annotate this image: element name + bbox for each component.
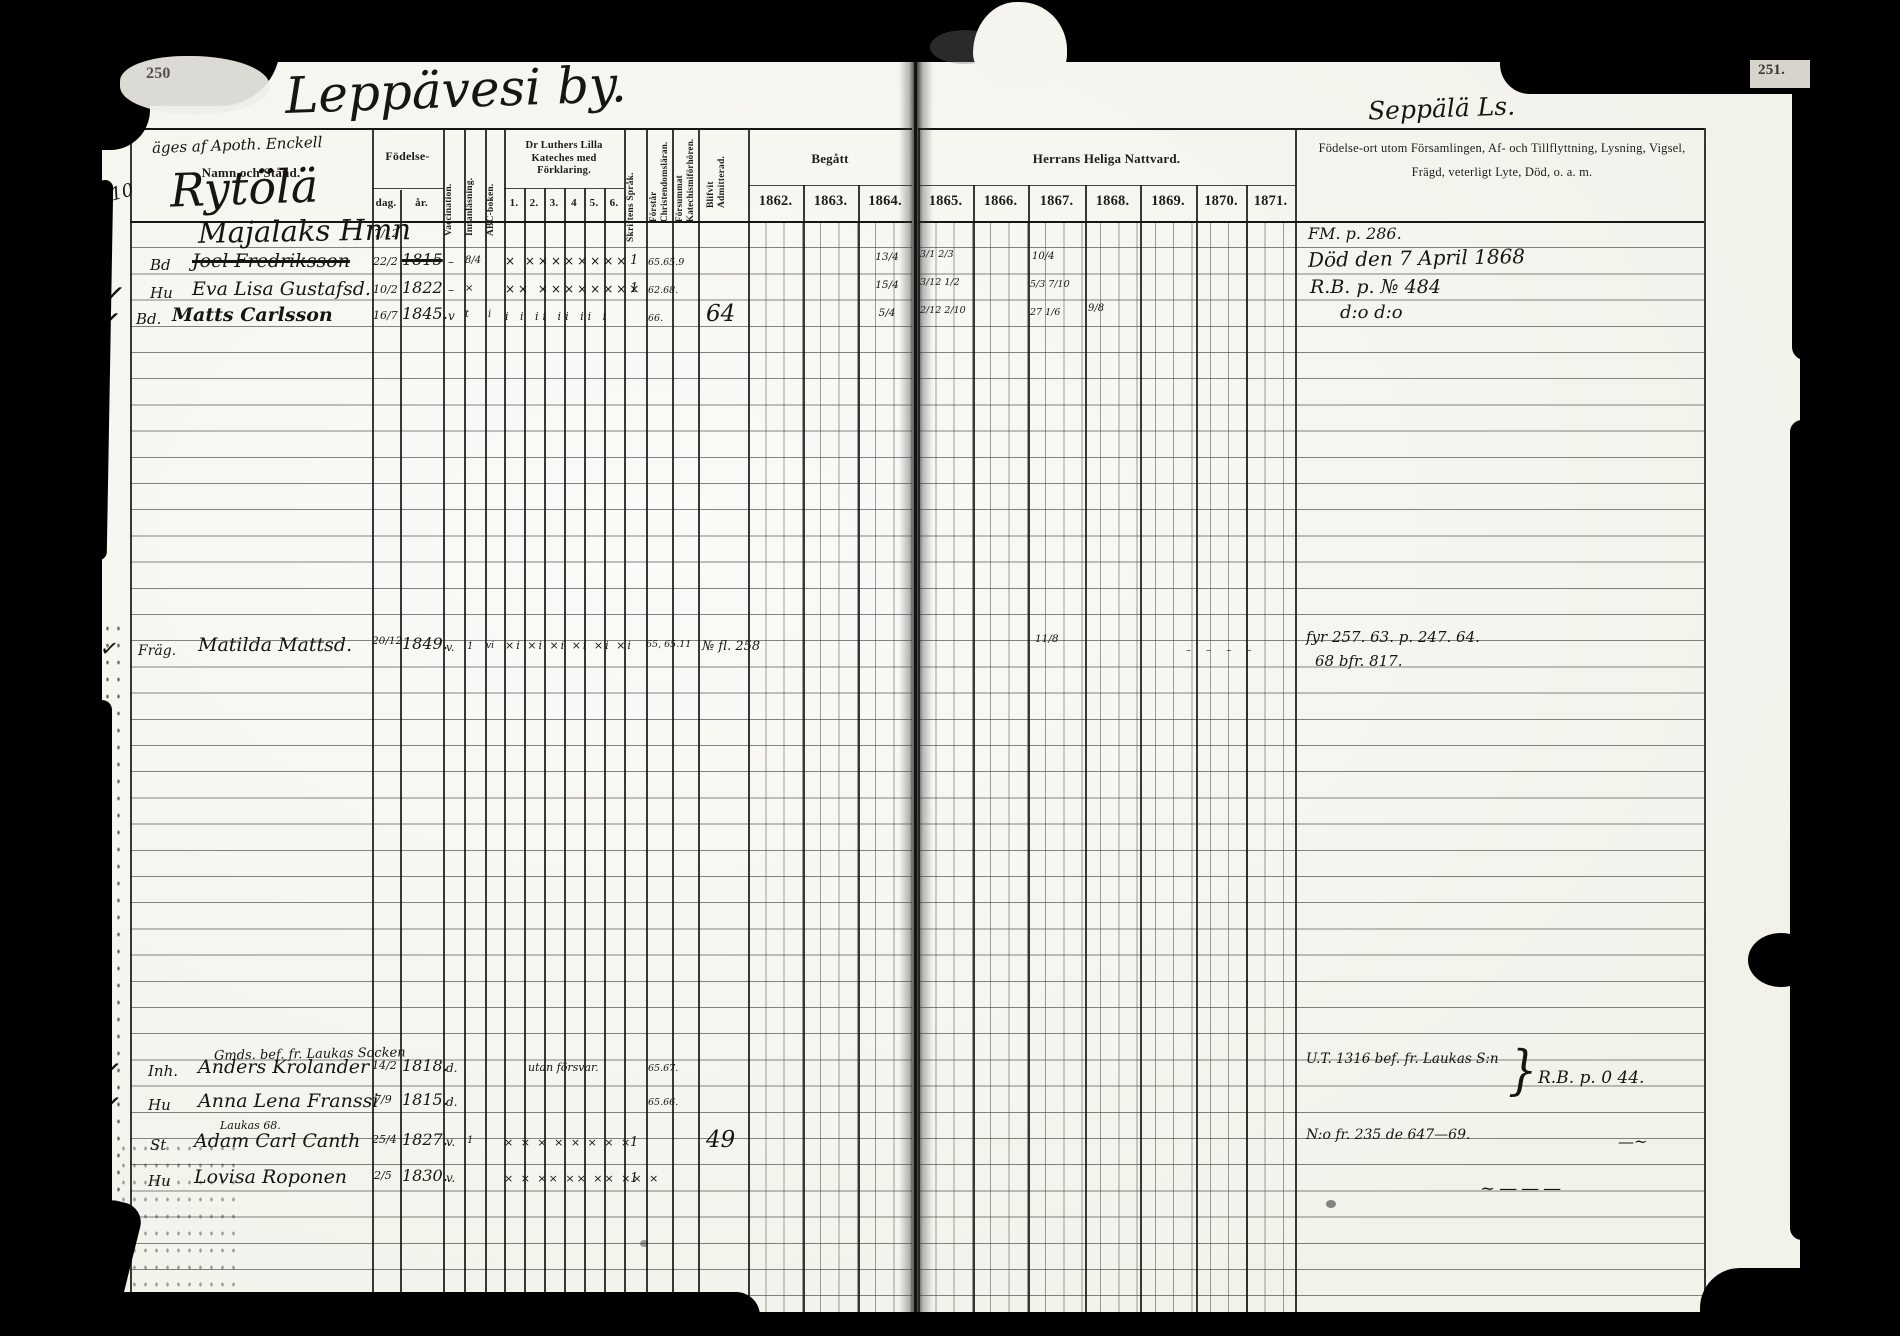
remark: N:o fr. 235 de 647—69.	[1306, 1128, 1470, 1143]
remark: fyr 257. 63. p. 247. 64.	[1306, 630, 1480, 646]
remark: R.B. p. № 484	[1310, 278, 1441, 298]
rule	[918, 185, 1295, 186]
birth-year: 1815.	[402, 1092, 448, 1109]
birth-year: 1830.	[402, 1168, 448, 1185]
entry-name: Anna Lena Franssi	[198, 1092, 378, 1112]
understands-note: 66.	[648, 314, 663, 324]
col-header-birth: Födelse-	[372, 150, 443, 163]
birth-day: 25/4	[372, 1134, 397, 1146]
reading-mark: t	[465, 310, 469, 321]
birth-day: 22/2	[373, 256, 398, 268]
reading-mark: 8/4	[465, 256, 481, 267]
understands-note: 65.67.	[648, 1064, 678, 1074]
year-label: 1871.	[1246, 194, 1295, 209]
scan-border-right-ragged2	[1790, 420, 1814, 1240]
col-header-understands: Förstår Christendomsläran.	[648, 132, 671, 222]
year-label: 1869.	[1140, 194, 1196, 209]
catechism-col-3: 3.	[544, 198, 564, 210]
col-header-vaccination: Vaccination.	[445, 132, 463, 236]
col-header-scripture: Skriftens Språk.	[627, 132, 645, 242]
rule	[1140, 185, 1142, 1315]
rule	[1295, 128, 1297, 1315]
col-header-nattvard: Herrans Heliga Nattvard.	[918, 152, 1295, 166]
remarks-header-line1: Födelse-ort utom Församlingen, Af- och T…	[1304, 142, 1700, 155]
reading-mark: 1	[467, 642, 473, 653]
rule	[973, 185, 975, 1315]
catechism-marks: i i ii ii ii i	[505, 311, 610, 323]
rule	[698, 128, 700, 1315]
reading-mark: 1	[467, 1136, 473, 1147]
understands-note: 65.65.9	[648, 258, 684, 268]
admitted-year: 49	[706, 1128, 735, 1152]
entry-prefix: Bd	[150, 258, 171, 274]
corner-speckle	[118, 1140, 238, 1290]
catechism-col-1: 1.	[504, 198, 524, 210]
col-header-abc: ABC-boken.	[487, 132, 503, 236]
rule	[1196, 185, 1198, 1315]
understands-note: 65.66.	[648, 1098, 678, 1108]
year-label: 1868.	[1085, 194, 1140, 209]
entry-name: Joel Fredriksson	[192, 252, 350, 272]
understands-note: 65, 65.11	[646, 640, 691, 650]
vaccination-mark: d.	[446, 1096, 458, 1109]
communion-mark: 10/4	[1032, 252, 1054, 263]
rule	[1246, 185, 1248, 1315]
communion-mark: 9/8	[1088, 304, 1104, 315]
rule	[372, 188, 443, 189]
right-page-title: Seppälä Ls.	[1368, 93, 1516, 124]
birth-year: 1827.	[402, 1132, 448, 1149]
right-page-number: 251.	[1758, 63, 1785, 79]
birth-day: 14/2	[372, 1060, 397, 1072]
entry-prefix: Hu	[148, 1098, 171, 1114]
speck	[1326, 1200, 1336, 1208]
rule	[485, 128, 487, 1315]
entry-prefix: Hu	[150, 286, 173, 302]
rule	[1028, 185, 1030, 1315]
year-label: 1862.	[748, 194, 803, 209]
catechism-marks: × × × × × × × ×	[504, 1137, 632, 1149]
col-header-birth-year: år.	[400, 198, 443, 210]
entry-name: Matilda Mattsd.	[198, 636, 352, 656]
remark: 68 bfr. 817.	[1315, 654, 1402, 670]
entry-prefix: Inh.	[148, 1064, 178, 1080]
scripture-mark: 1	[630, 1136, 638, 1150]
book-fold-line	[914, 56, 917, 1318]
catechism-col-5: 5.	[584, 198, 604, 210]
reading-mark: ×	[465, 284, 473, 295]
vaccination-mark: v.	[446, 642, 454, 654]
reference-note: № fl. 258	[702, 640, 760, 654]
catechism-marks: ×× ××××××××	[505, 283, 642, 296]
remark: R.B. p. 0 44.	[1538, 1070, 1644, 1088]
year-subgrid-right	[918, 222, 1295, 1315]
year-label: 1867.	[1028, 194, 1085, 209]
admitted-year: 64	[706, 302, 735, 326]
scanned-parish-register: äges af Apoth. Enckell Namn och Stånd. F…	[0, 0, 1900, 1336]
corner-light-patch	[120, 56, 270, 114]
col-header-catechism: Dr Luthers Lilla Kateches med Förklaring…	[506, 140, 622, 178]
rule	[1085, 185, 1087, 1315]
scan-border-left	[0, 0, 100, 1336]
brace: }	[1508, 1042, 1537, 1098]
rule	[748, 128, 750, 1315]
vaccination-mark: d.	[446, 1062, 458, 1075]
catechism-marks: ×i ×i ×i ×i ×i ×i	[505, 640, 633, 652]
remark: d:o d:o	[1340, 304, 1403, 323]
rule	[918, 128, 1704, 130]
rule	[464, 128, 466, 1315]
birth-day: 10/2	[373, 284, 398, 296]
left-page-number: 250	[146, 66, 171, 83]
year-subgrid-left	[748, 222, 912, 1315]
catechism-col-2: 2.	[524, 198, 544, 210]
remark-squiggle: —~	[1618, 1134, 1647, 1151]
speck	[640, 1240, 648, 1247]
catechism-marks: × ××××××××	[505, 255, 629, 268]
scripture-mark: 1	[630, 282, 638, 296]
scan-border-bottom-right	[1700, 1268, 1900, 1336]
col-header-begatt: Begått	[748, 152, 912, 166]
entry-name: Anders Krolander	[198, 1058, 369, 1078]
left-page-title: Leppävesi by.	[284, 58, 627, 122]
entry-name: Matts Carlsson	[172, 306, 333, 326]
ink-blob	[1748, 933, 1814, 987]
remark: U.T. 1316 bef. fr. Laukas S:n	[1306, 1052, 1499, 1066]
farm-name: Rytölä	[169, 161, 319, 214]
col-header-missed: Försummat Katechismiförhören.	[674, 132, 697, 222]
remarks-header-line2: Frägd, veterligt Lyte, Död, o. a. m.	[1304, 166, 1700, 179]
vaccination-mark: –	[448, 256, 454, 269]
page-tab-notch	[973, 2, 1067, 88]
birth-year: 1845.	[402, 306, 448, 323]
scripture-mark: 1	[630, 1172, 638, 1186]
catechism-col-6: 6.	[604, 198, 624, 210]
understands-note: 62.68.	[648, 286, 678, 296]
birth-day: 7/9	[374, 1094, 392, 1106]
catechism-col-4: 4	[564, 198, 584, 210]
communion-mark: 11/8	[1035, 634, 1059, 645]
vaccination-mark: v.	[446, 1136, 455, 1149]
rule	[858, 185, 860, 1315]
col-header-reading: Innanläsning.	[466, 132, 484, 236]
scripture-mark: 1	[630, 254, 638, 268]
vaccination-mark: v	[448, 310, 455, 323]
birth-day: 20/12	[372, 636, 402, 647]
vaccination-mark: v.	[446, 1172, 455, 1185]
abc-mark: i	[488, 310, 491, 321]
subfarm-reference: FM. p. 286.	[1308, 226, 1402, 243]
scan-border-right-ragged	[1792, 40, 1818, 360]
scan-border-right	[1806, 0, 1900, 1336]
col-header-birth-day: dag.	[372, 198, 400, 210]
birth-year: 1822	[402, 280, 443, 297]
birth-year: 1815	[402, 252, 443, 269]
rule	[918, 221, 1704, 223]
communion-mark: 27 1/6	[1030, 308, 1060, 318]
birth-day: 16/7	[373, 310, 398, 322]
col-header-admitted: Blifvit Admitterad.	[706, 136, 740, 208]
rule	[672, 128, 674, 1315]
rule	[130, 128, 132, 1315]
remark: Död den 7 April 1868	[1308, 246, 1525, 271]
abc-mark: vi	[486, 642, 494, 651]
rule	[803, 185, 805, 1315]
entry-name: Eva Lisa Gustafsd.	[192, 280, 371, 300]
birth-day: 2/5	[374, 1170, 392, 1182]
rule	[646, 128, 648, 1315]
subfarm-fraction: 7/12	[374, 228, 399, 240]
year-label: 1863.	[803, 194, 858, 209]
vaccination-mark: –	[448, 284, 454, 297]
dash-marks: – – – –	[1186, 646, 1258, 657]
year-label: 1870.	[1196, 194, 1246, 209]
rule	[748, 185, 912, 186]
rule	[1704, 128, 1706, 1315]
communion-mark: 5/3 7/10	[1030, 280, 1070, 290]
year-label: 1866.	[973, 194, 1028, 209]
birth-year: 1849.	[402, 636, 448, 653]
rule	[130, 128, 912, 130]
entry-prefix: Fräg.	[138, 644, 176, 659]
flourish: ~———	[1480, 1180, 1565, 1199]
catechism-note: utan försvar.	[528, 1062, 599, 1074]
birth-year: 1818.	[402, 1058, 448, 1075]
entry-prefix: Bd.	[136, 312, 161, 328]
